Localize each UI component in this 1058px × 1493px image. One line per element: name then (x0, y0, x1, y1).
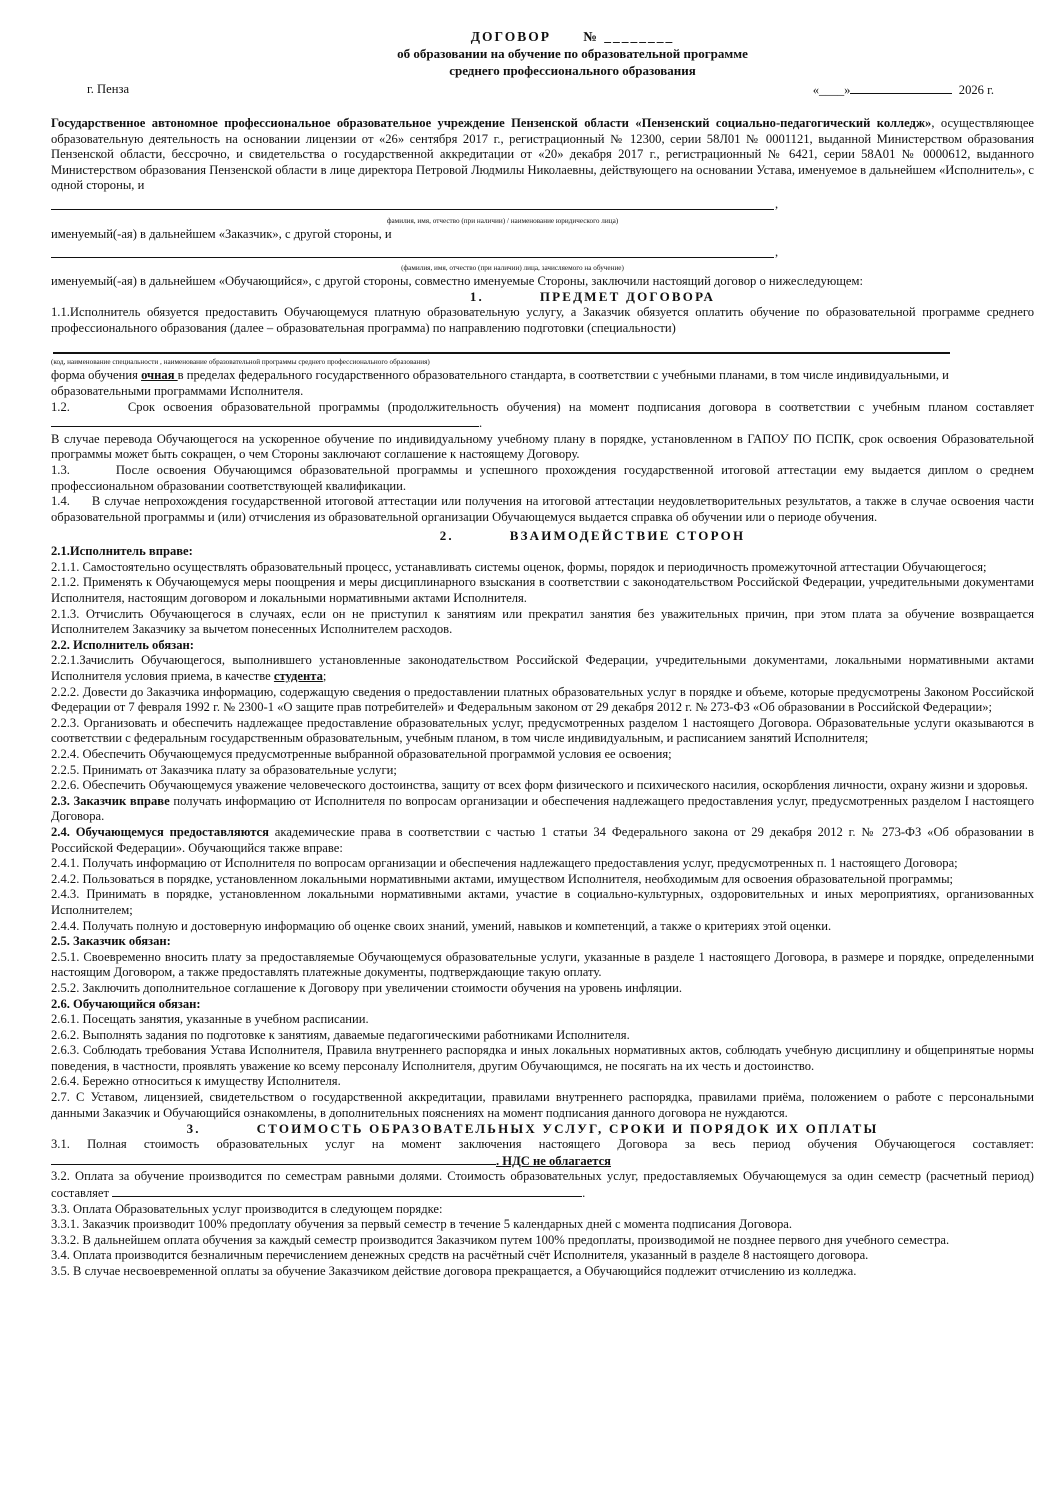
clause-1-3: 1.3.После освоения Обучающимся образоват… (51, 463, 1034, 494)
total-cost-field[interactable] (51, 1153, 496, 1165)
clause-2-3: 2.3. Заказчик вправе получать информацию… (51, 794, 1034, 825)
clause-3-3-2: 3.3.2. В дальнейшем оплата обучения за к… (51, 1233, 1034, 1249)
clause-2-6-3: 2.6.3. Соблюдать требования Устава Испол… (51, 1043, 1034, 1074)
clause-2-4-2: 2.4.2. Пользоваться в порядке, установле… (51, 872, 1034, 888)
clause-2-2-1: 2.2.1.Зачислить Обучающегося, выполнивше… (51, 653, 1034, 684)
clause-2-4: 2.4. Обучающемуся предоставляются академ… (51, 825, 1034, 856)
duration-field[interactable] (51, 415, 479, 427)
clause-1-1: 1.1.Исполнитель обязуется предоставить О… (51, 305, 1034, 336)
clause-2-2-6: 2.2.6. Обеспечить Обучающемуся уважение … (51, 778, 1034, 794)
contract-page: ДОГОВОР № ________ об образовании на обу… (51, 28, 1034, 1280)
city-date-row: г. Пенза «____» 2026 г. (51, 82, 1034, 116)
customer-name-field[interactable]: , (51, 194, 1034, 216)
clause-2-6-2: 2.6.2. Выполнять задания по подготовке к… (51, 1028, 1034, 1044)
clause-2-4-1: 2.4.1. Получать информацию от Исполнител… (51, 856, 1034, 872)
clause-2-2-5: 2.2.5. Принимать от Заказчика плату за о… (51, 763, 1034, 779)
specialty-hint: (код, наименование специальности , наиме… (51, 357, 1034, 368)
clause-2-4-4: 2.4.4. Получать полную и достоверную инф… (51, 919, 1034, 935)
date-month-blank[interactable] (850, 82, 952, 94)
customer-text: именуемый(-ая) в дальнейшем «Заказчик», … (51, 227, 1034, 243)
vat-note: . НДС не облагается (496, 1154, 611, 1168)
clause-3-1: 3.1. Полная стоимость образовательных ус… (51, 1137, 1034, 1169)
heading-2-5: 2.5. Заказчик обязан: (51, 934, 1034, 950)
clause-2-7: 2.7. С Уставом, лицензией, свидетельство… (51, 1090, 1034, 1121)
clause-1-2-accelerated: В случае перевода Обучающегося на ускоре… (51, 432, 1034, 463)
clause-2-5-1: 2.5.1. Своевременно вносить плату за пре… (51, 950, 1034, 981)
contract-subtitle-2: среднего профессионального образования (111, 62, 1034, 79)
customer-hint: фамилия, имя, отчество (при наличии) / н… (0, 216, 1034, 227)
student-status: студента (274, 669, 323, 683)
clause-2-5-2: 2.5.2. Заключить дополнительное соглашен… (51, 981, 1034, 997)
clause-2-1-2: 2.1.2. Применять к Обучающемуся меры поо… (51, 575, 1034, 606)
preamble: Государственное автономное профессиональ… (51, 116, 1034, 194)
clause-2-1-3: 2.1.3. Отчислить Обучающегося в случаях,… (51, 607, 1034, 638)
study-form-value: очная (141, 368, 178, 382)
clause-3-5: 3.5. В случае несвоевременной оплаты за … (51, 1264, 1034, 1280)
student-name-field[interactable]: , (51, 243, 1034, 263)
org-name: Государственное автономное профессиональ… (51, 116, 931, 130)
contract-date: «____» 2026 г. (813, 82, 994, 116)
study-form: форма обучения очная в пределах федераль… (51, 368, 1034, 399)
heading-2-6: 2.6. Обучающийся обязан: (51, 997, 1034, 1013)
clause-3-3-1: 3.3.1. Заказчик производит 100% предопла… (51, 1217, 1034, 1233)
contract-subtitle: об образовании на обучение по образовате… (111, 45, 1034, 62)
city: г. Пенза (87, 82, 129, 116)
heading-2-2: 2.2. Исполнитель обязан: (51, 638, 1034, 654)
clause-2-1-1: 2.1.1. Самостоятельно осуществлять образ… (51, 560, 1034, 576)
section-3-heading: 3.СТОИМОСТЬ ОБРАЗОВАТЕЛЬНЫХ УСЛУГ, СРОКИ… (31, 1121, 1034, 1137)
specialty-field[interactable] (53, 336, 950, 354)
clause-3-4: 3.4. Оплата производится безналичным пер… (51, 1248, 1034, 1264)
semester-cost-field[interactable] (112, 1185, 582, 1197)
clause-1-4: 1.4.В случае непрохождения государственн… (51, 494, 1034, 525)
clause-2-2-3: 2.2.3. Организовать и обеспечить надлежа… (51, 716, 1034, 747)
clause-1-2: 1.2.Срок освоения образовательной програ… (51, 400, 1034, 432)
clause-3-3: 3.3. Оплата Образовательных услуг произв… (51, 1202, 1034, 1218)
contract-title: ДОГОВОР № ________ (111, 28, 1034, 45)
clause-2-4-3: 2.4.3. Принимать в порядке, установленно… (51, 887, 1034, 918)
section-1-heading: 1.ПРЕДМЕТ ДОГОВОРА (151, 289, 1034, 305)
student-text: именуемый(-ая) в дальнейшем «Обучающийся… (51, 274, 1034, 290)
student-hint: (фамилия, имя, отчество (при наличии) ли… (0, 263, 1034, 274)
section-2-heading: 2.ВЗАИМОДЕЙСТВИЕ СТОРОН (151, 528, 1034, 544)
clause-2-6-4: 2.6.4. Бережно относиться к имуществу Ис… (51, 1074, 1034, 1090)
clause-3-2: 3.2. Оплата за обучение производится по … (51, 1169, 1034, 1201)
clause-2-2-2: 2.2.2. Довести до Заказчика информацию, … (51, 685, 1034, 716)
heading-2-1: 2.1.Исполнитель вправе: (51, 544, 1034, 560)
clause-2-2-4: 2.2.4. Обеспечить Обучающемуся предусмот… (51, 747, 1034, 763)
clause-2-6-1: 2.6.1. Посещать занятия, указанные в уче… (51, 1012, 1034, 1028)
